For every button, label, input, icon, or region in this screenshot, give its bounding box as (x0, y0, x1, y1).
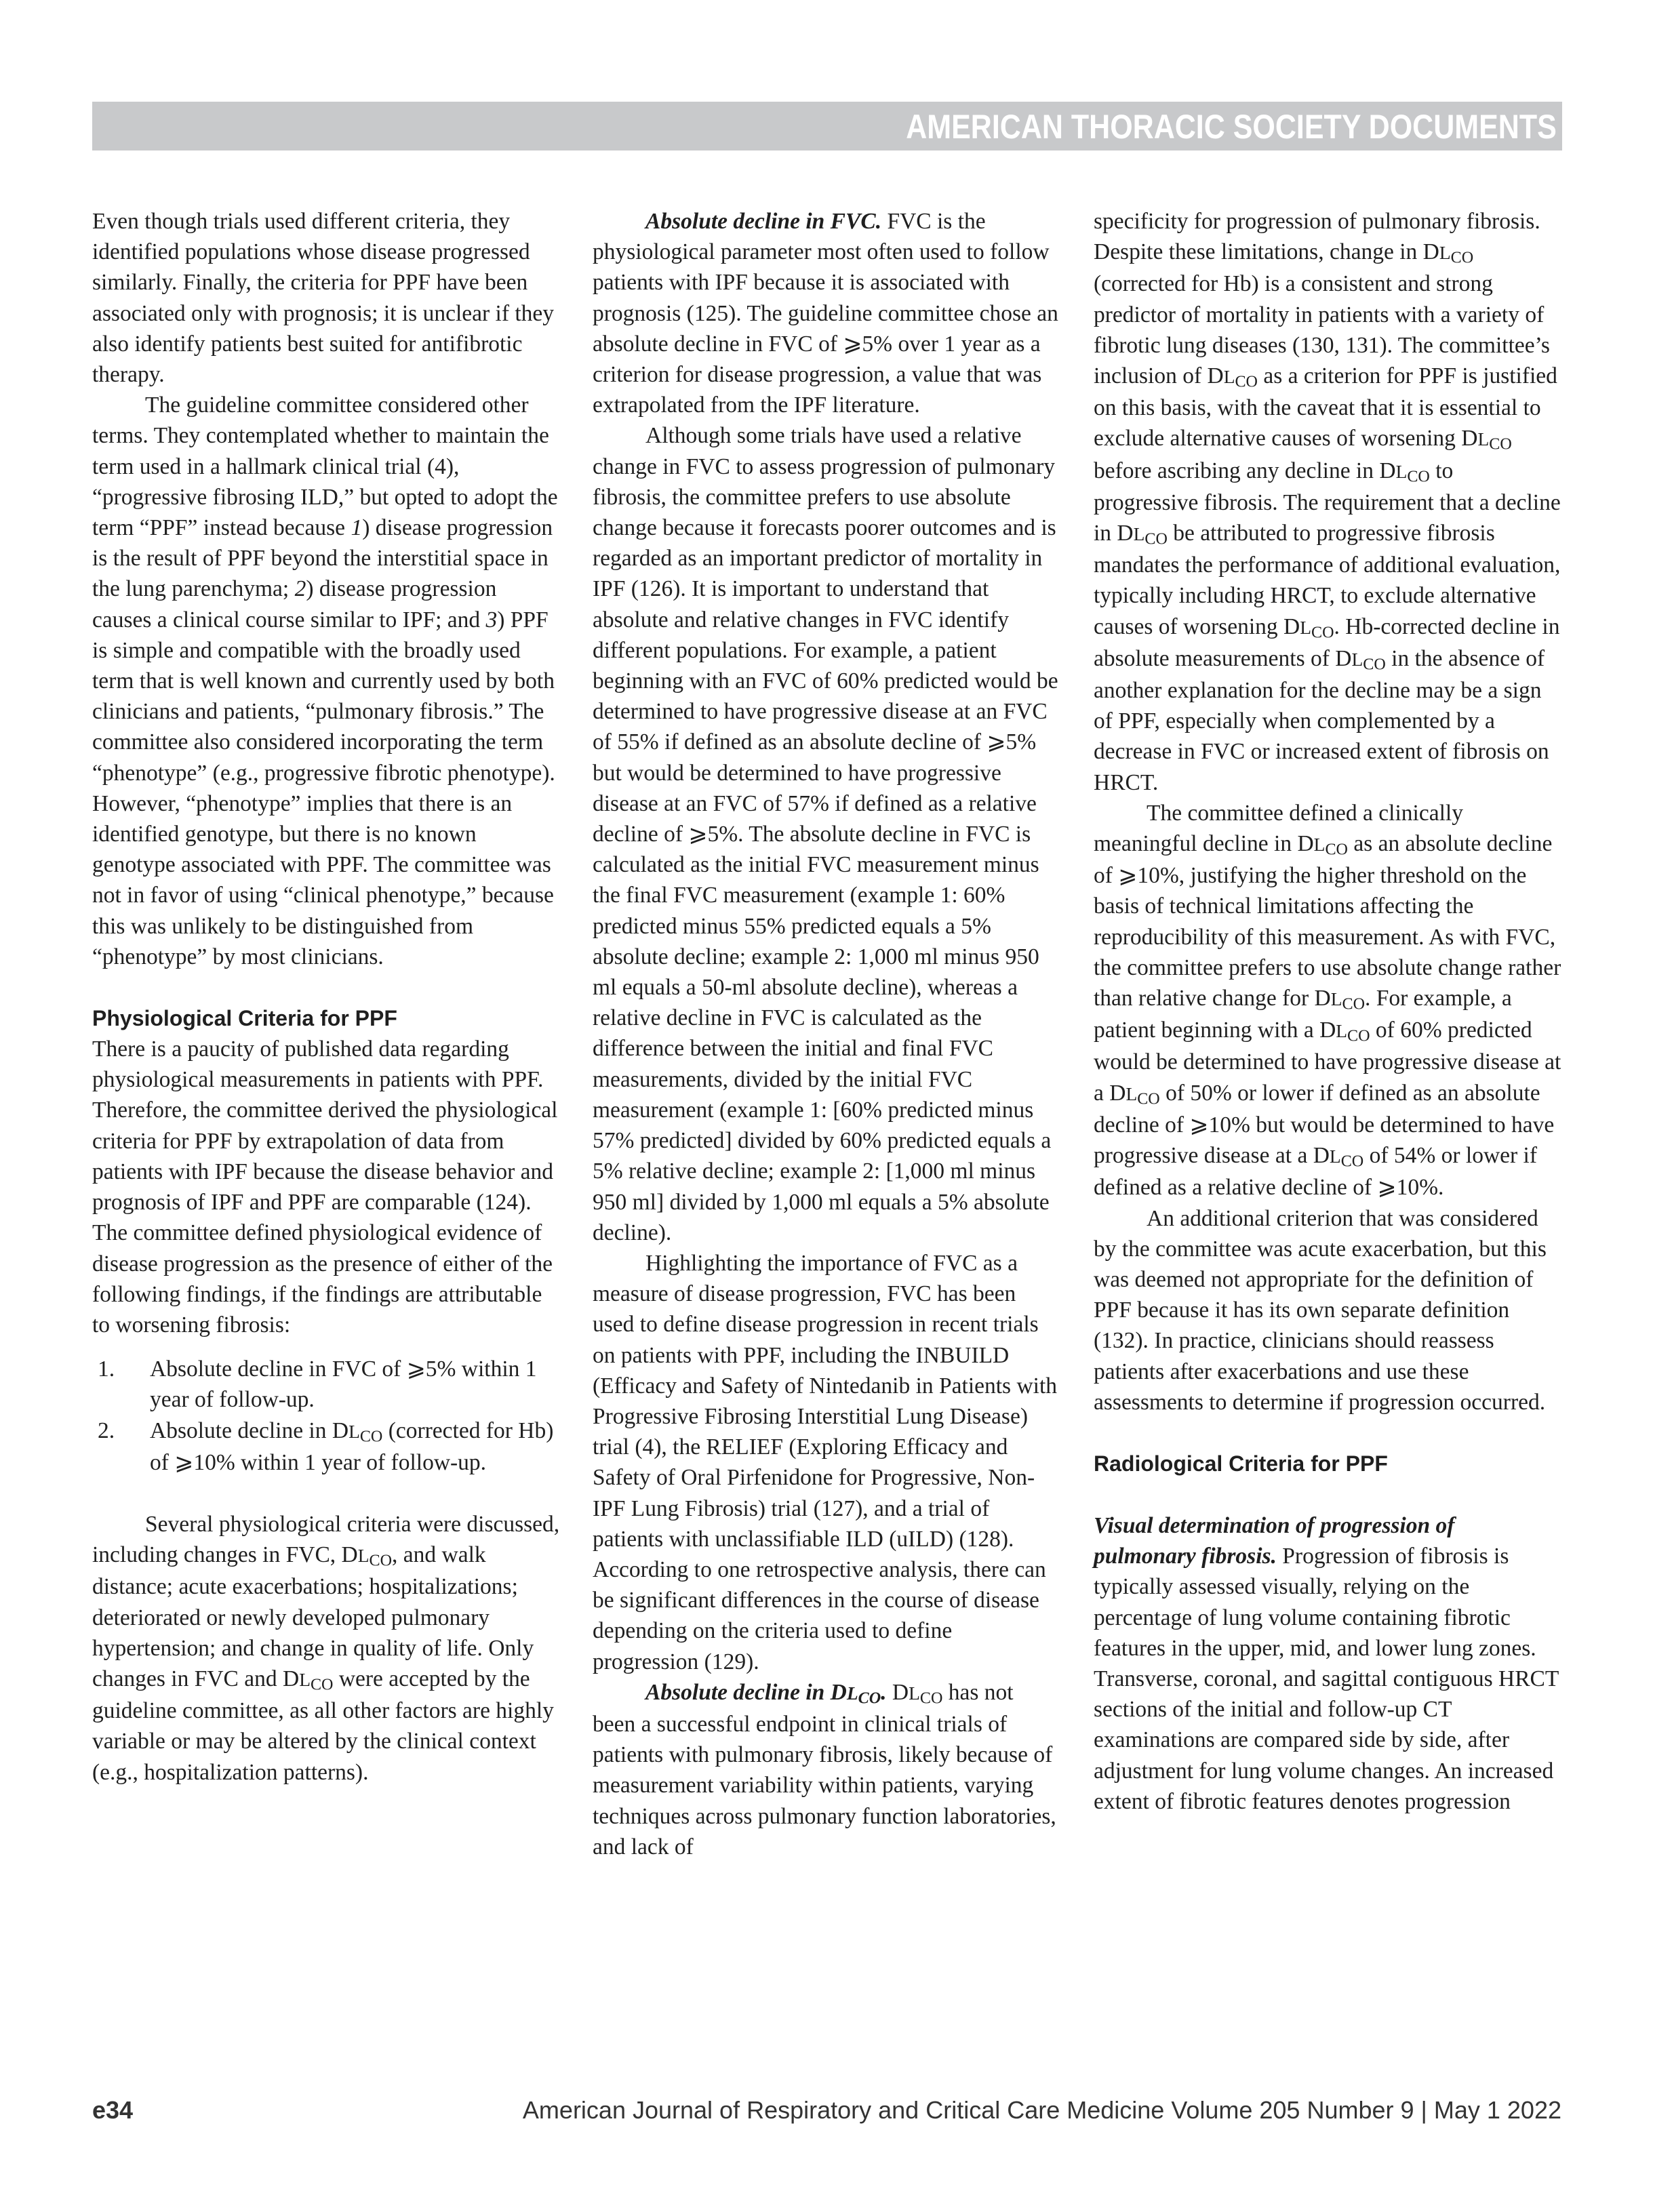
text-run: CO (370, 1552, 393, 1569)
criteria-list-item: 1.Absolute decline in FVC of ⩾5% within … (92, 1354, 560, 1415)
text-run: An additional criterion that was conside… (1094, 1206, 1547, 1415)
list-number: 1. (98, 1354, 115, 1384)
section-heading: Radiological Criteria for PPF (1094, 1449, 1561, 1479)
text-run: L (1331, 989, 1342, 1009)
criteria-list: 1.Absolute decline in FVC of ⩾5% within … (92, 1354, 560, 1478)
text-run: L (1224, 367, 1235, 387)
text-run: CO (1489, 436, 1512, 454)
run-in-heading: Absolute decline in D (645, 1680, 847, 1705)
text-run: CO (1407, 468, 1430, 485)
text-run: L (1314, 834, 1326, 855)
text-run: L (1300, 618, 1311, 638)
text-run: Although some trials have used a relativ… (593, 423, 1058, 1245)
text-run: Absolute decline in D (150, 1418, 348, 1443)
text-run: Highlighting the importance of FVC as a … (593, 1251, 1057, 1674)
journal-citation: American Journal of Respiratory and Crit… (523, 2096, 1561, 2125)
body-paragraph: The committee defined a clinically meani… (1094, 798, 1561, 1203)
text-run: 2 (295, 576, 306, 601)
text-run: Absolute decline in FVC of ⩾5% within 1 … (150, 1356, 537, 1412)
criteria-list-item: 2.Absolute decline in DLCO (corrected fo… (92, 1415, 560, 1478)
text-run: L (348, 1422, 360, 1442)
page-number: e34 (92, 2096, 133, 2125)
running-header-bar: AMERICAN THORACIC SOCIETY DOCUMENTS (92, 102, 1562, 150)
text-column-2: Absolute decline in FVC. FVC is the phys… (593, 206, 1060, 1862)
text-run: CO (1451, 249, 1474, 267)
body-paragraph: An additional criterion that was conside… (1094, 1203, 1561, 1417)
body-paragraph: There is a paucity of published data reg… (92, 1034, 560, 1340)
text-run: CO (1137, 1090, 1160, 1108)
text-run: FVC is the physiological parameter most … (593, 209, 1058, 418)
text-run: ) PPF is simple and compatible with the … (92, 607, 555, 969)
text-run: Even though trials used different criter… (92, 209, 554, 387)
text-run: CO (1144, 530, 1168, 548)
text-run: CO (1342, 995, 1366, 1013)
text-run: L (1330, 1146, 1341, 1167)
text-run: has not been a successful endpoint in cl… (593, 1680, 1056, 1859)
run-in-heading: L (847, 1683, 858, 1704)
text-run: L (1439, 243, 1451, 263)
body-paragraph: Absolute decline in FVC. FVC is the phys… (593, 206, 1060, 420)
text-run: CO (1341, 1152, 1364, 1170)
text-run: Several physiological criteria were disc… (92, 1512, 559, 1567)
body-paragraph: Although some trials have used a relativ… (593, 420, 1060, 1247)
text-run: L (1134, 524, 1145, 544)
text-run: L (1352, 649, 1363, 670)
text-run: CO (1363, 656, 1386, 673)
text-run: before ascribing any decline in D (1094, 458, 1396, 483)
list-number: 2. (98, 1415, 115, 1446)
body-paragraph: Even though trials used different criter… (92, 206, 560, 390)
text-run: L (1396, 462, 1408, 482)
text-run: L (1126, 1084, 1137, 1104)
body-paragraph: Visual determination of progression of p… (1094, 1510, 1561, 1817)
text-run: L (909, 1683, 920, 1704)
run-in-heading: Absolute decline in FVC. (645, 209, 881, 234)
text-run: CO (311, 1676, 334, 1693)
section-heading: Physiological Criteria for PPF (92, 1003, 560, 1034)
run-in-heading: CO (858, 1689, 881, 1707)
body-paragraph: Several physiological criteria were disc… (92, 1509, 560, 1788)
running-header-title: AMERICAN THORACIC SOCIETY DOCUMENTS (906, 107, 1557, 146)
body-paragraph: Highlighting the importance of FVC as a … (593, 1248, 1060, 1677)
text-run: D (887, 1680, 909, 1705)
text-run: CO (920, 1689, 943, 1707)
text-run: L (299, 1670, 311, 1690)
text-run: CO (360, 1428, 383, 1445)
text-run: 3 (486, 607, 498, 632)
text-run: CO (1347, 1028, 1370, 1045)
text-run: 1 (351, 515, 362, 540)
text-run: CO (1311, 624, 1334, 641)
body-paragraph: Absolute decline in DLCO. DLCO has not b… (593, 1677, 1060, 1862)
text-run: CO (1235, 373, 1258, 390)
text-run: L (358, 1546, 370, 1566)
text-run: CO (1325, 841, 1348, 858)
text-run: L (1478, 429, 1490, 449)
body-paragraph: The guideline committee considered other… (92, 390, 560, 972)
text-run: L (1336, 1021, 1347, 1041)
text-run: Progression of fibrosis is typically ass… (1094, 1544, 1559, 1814)
text-column-1: Even though trials used different criter… (92, 206, 560, 1788)
body-paragraph: specificity for progression of pulmonary… (1094, 206, 1561, 798)
run-in-heading: . (881, 1680, 886, 1705)
text-column-3: specificity for progression of pulmonary… (1094, 206, 1561, 1817)
text-run: There is a paucity of published data reg… (92, 1037, 558, 1338)
